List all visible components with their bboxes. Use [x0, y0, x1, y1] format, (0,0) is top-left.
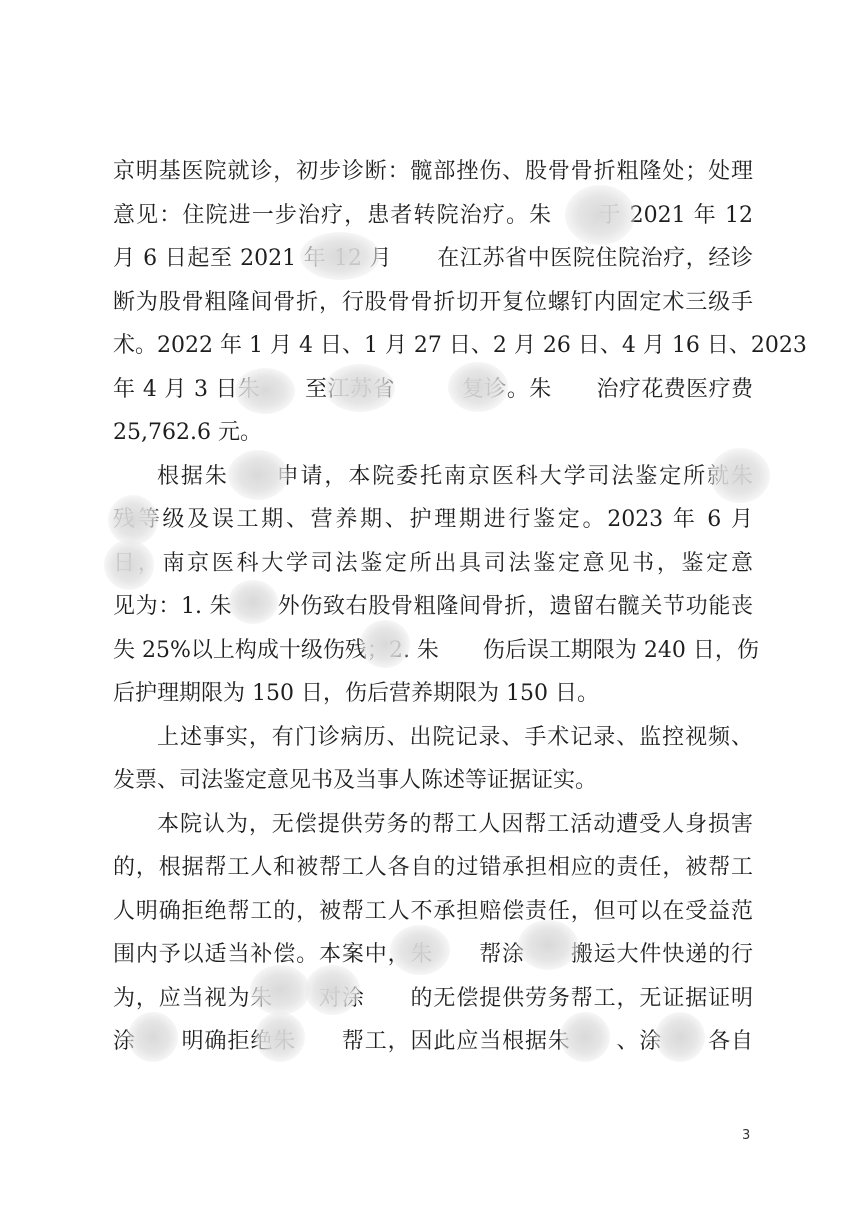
redaction-blur	[108, 495, 158, 545]
redaction-blur	[305, 965, 360, 1015]
redaction-blur	[325, 364, 395, 412]
redaction-blur	[560, 1012, 610, 1062]
redaction-blur	[104, 540, 154, 590]
redaction-blur	[228, 580, 278, 624]
text-line: 意见：住院进一步治疗，患者转院治疗。朱 于 2021 年 12	[113, 194, 753, 238]
redaction-blur	[228, 450, 288, 500]
redaction-blur	[448, 362, 508, 412]
text-line: 人明确拒绝帮工的，被帮工人不承担赔偿责任，但可以在受益范	[113, 890, 753, 934]
text-line: 的，根据帮工人和被帮工人各自的过错承担相应的责任，被帮工	[113, 846, 753, 890]
redaction-blur	[565, 185, 635, 245]
text-line: 年 4 月 3 日朱 至江苏省 复诊。朱 治疗花费医疗费	[113, 368, 753, 412]
text-line: 25,762.6 元。	[113, 411, 753, 455]
document-page: 京明基医院就诊，初步诊断：髋部挫伤、股骨骨折粗隆处；处理 意见：住院进一步治疗，…	[0, 0, 860, 1217]
text-line: 日，南京医科大学司法鉴定所出具司法鉴定意见书，鉴定意	[113, 542, 753, 586]
paragraph-medical-treatment: 京明基医院就诊，初步诊断：髋部挫伤、股骨骨折粗隆处；处理 意见：住院进一步治疗，…	[113, 150, 753, 455]
text-line: 见为：1. 朱 外伤致右股骨粗隆间骨折，遗留右髋关节功能丧	[113, 585, 753, 629]
redaction-blur	[710, 448, 770, 503]
redaction-blur	[235, 368, 295, 414]
text-line: 为，应当视为朱 对涂 的无偿提供劳务帮工，无证据证明	[113, 977, 753, 1021]
text-line: 本院认为，无偿提供劳务的帮工人因帮工活动遭受人身损害	[113, 803, 753, 847]
text-line: 失 25%以上构成十级伤残；2. 朱 伤后误工期限为 240 日，伤	[113, 629, 753, 673]
text-line: 上述事实，有门诊病历、出院记录、手术记录、监控视频、	[113, 716, 753, 760]
redaction-blur	[518, 920, 578, 970]
redaction-blur	[300, 232, 380, 280]
redaction-blur	[390, 925, 450, 975]
text-line: 发票、司法鉴定意见书及当事人陈述等证据证实。	[113, 759, 753, 803]
judgment-body: 京明基医院就诊，初步诊断：髋部挫伤、股骨骨折粗隆处；处理 意见：住院进一步治疗，…	[113, 150, 753, 1064]
page-number: 3	[742, 1128, 750, 1143]
text-line: 术。2022 年 1 月 4 日、1 月 27 日、2 月 26 日、4 月 1…	[113, 324, 753, 368]
text-line: 断为股骨粗隆间骨折，行股骨骨折切开复位螺钉内固定术三级手	[113, 281, 753, 325]
redaction-blur	[255, 1012, 305, 1062]
paragraph-evidence: 上述事实，有门诊病历、出院记录、手术记录、监控视频、 发票、司法鉴定意见书及当事…	[113, 716, 753, 803]
redaction-blur	[250, 965, 310, 1015]
text-line: 月 6 日起至 2021 年 12 月 在江苏省中医院住院治疗，经诊	[113, 237, 753, 281]
text-line: 后护理期限为 150 日，伤后营养期限为 150 日。	[113, 672, 753, 716]
redaction-blur	[128, 1012, 178, 1062]
redaction-blur	[360, 620, 410, 668]
text-line: 根据朱 申请，本院委托南京医科大学司法鉴定所就朱	[113, 455, 753, 499]
text-line: 京明基医院就诊，初步诊断：髋部挫伤、股骨骨折粗隆处；处理	[113, 150, 753, 194]
text-line: 残等级及误工期、营养期、护理期进行鉴定。2023 年 6 月	[113, 498, 753, 542]
redaction-blur	[655, 1012, 705, 1062]
paragraph-forensic-appraisal: 根据朱 申请，本院委托南京医科大学司法鉴定所就朱 残等级及误工期、营养期、护理期…	[113, 455, 753, 716]
